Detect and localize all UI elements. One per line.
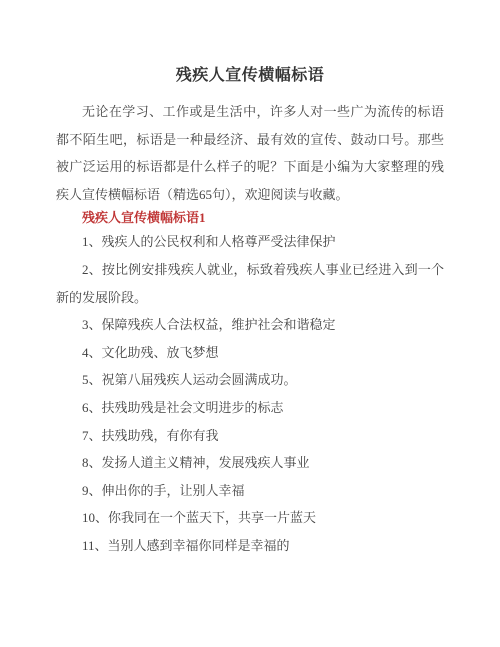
document-title: 残疾人宣传横幅标语 <box>56 62 444 89</box>
slogan-item-8: 8、发扬人道主义精神，发展残疾人事业 <box>56 449 444 477</box>
slogan-item-2: 2、按比例安排残疾人就业，标致着残疾人事业已经进入到一个新的发展阶段。 <box>56 256 444 311</box>
slogan-item-6: 6、扶残助残是社会文明进步的标志 <box>56 394 444 422</box>
slogan-item-11: 11、当别人感到幸福你同样是幸福的 <box>56 532 444 560</box>
section-heading: 残疾人宣传横幅标语1 <box>56 208 444 228</box>
slogan-item-10: 10、你我同在一个蓝天下，共享一片蓝天 <box>56 504 444 532</box>
slogan-item-1: 1、残疾人的公民权利和人格尊严受法律保护 <box>56 228 444 256</box>
slogan-item-4: 4、文化助残、放飞梦想 <box>56 339 444 367</box>
slogan-item-5: 5、祝第八届残疾人运动会圆满成功。 <box>56 366 444 394</box>
slogan-item-9: 9、伸出你的手，让别人幸福 <box>56 477 444 505</box>
intro-paragraph: 无论在学习、工作或是生活中，许多人对一些广为流传的标语都不陌生吧，标语是一种最经… <box>56 98 444 208</box>
document-body: 无论在学习、工作或是生活中，许多人对一些广为流传的标语都不陌生吧，标语是一种最经… <box>56 98 444 560</box>
slogan-item-7: 7、扶残助残，有你有我 <box>56 422 444 450</box>
slogan-item-3: 3、保障残疾人合法权益，维护社会和谐稳定 <box>56 311 444 339</box>
document-page: 残疾人宣传横幅标语 无论在学习、工作或是生活中，许多人对一些广为流传的标语都不陌… <box>0 0 500 647</box>
